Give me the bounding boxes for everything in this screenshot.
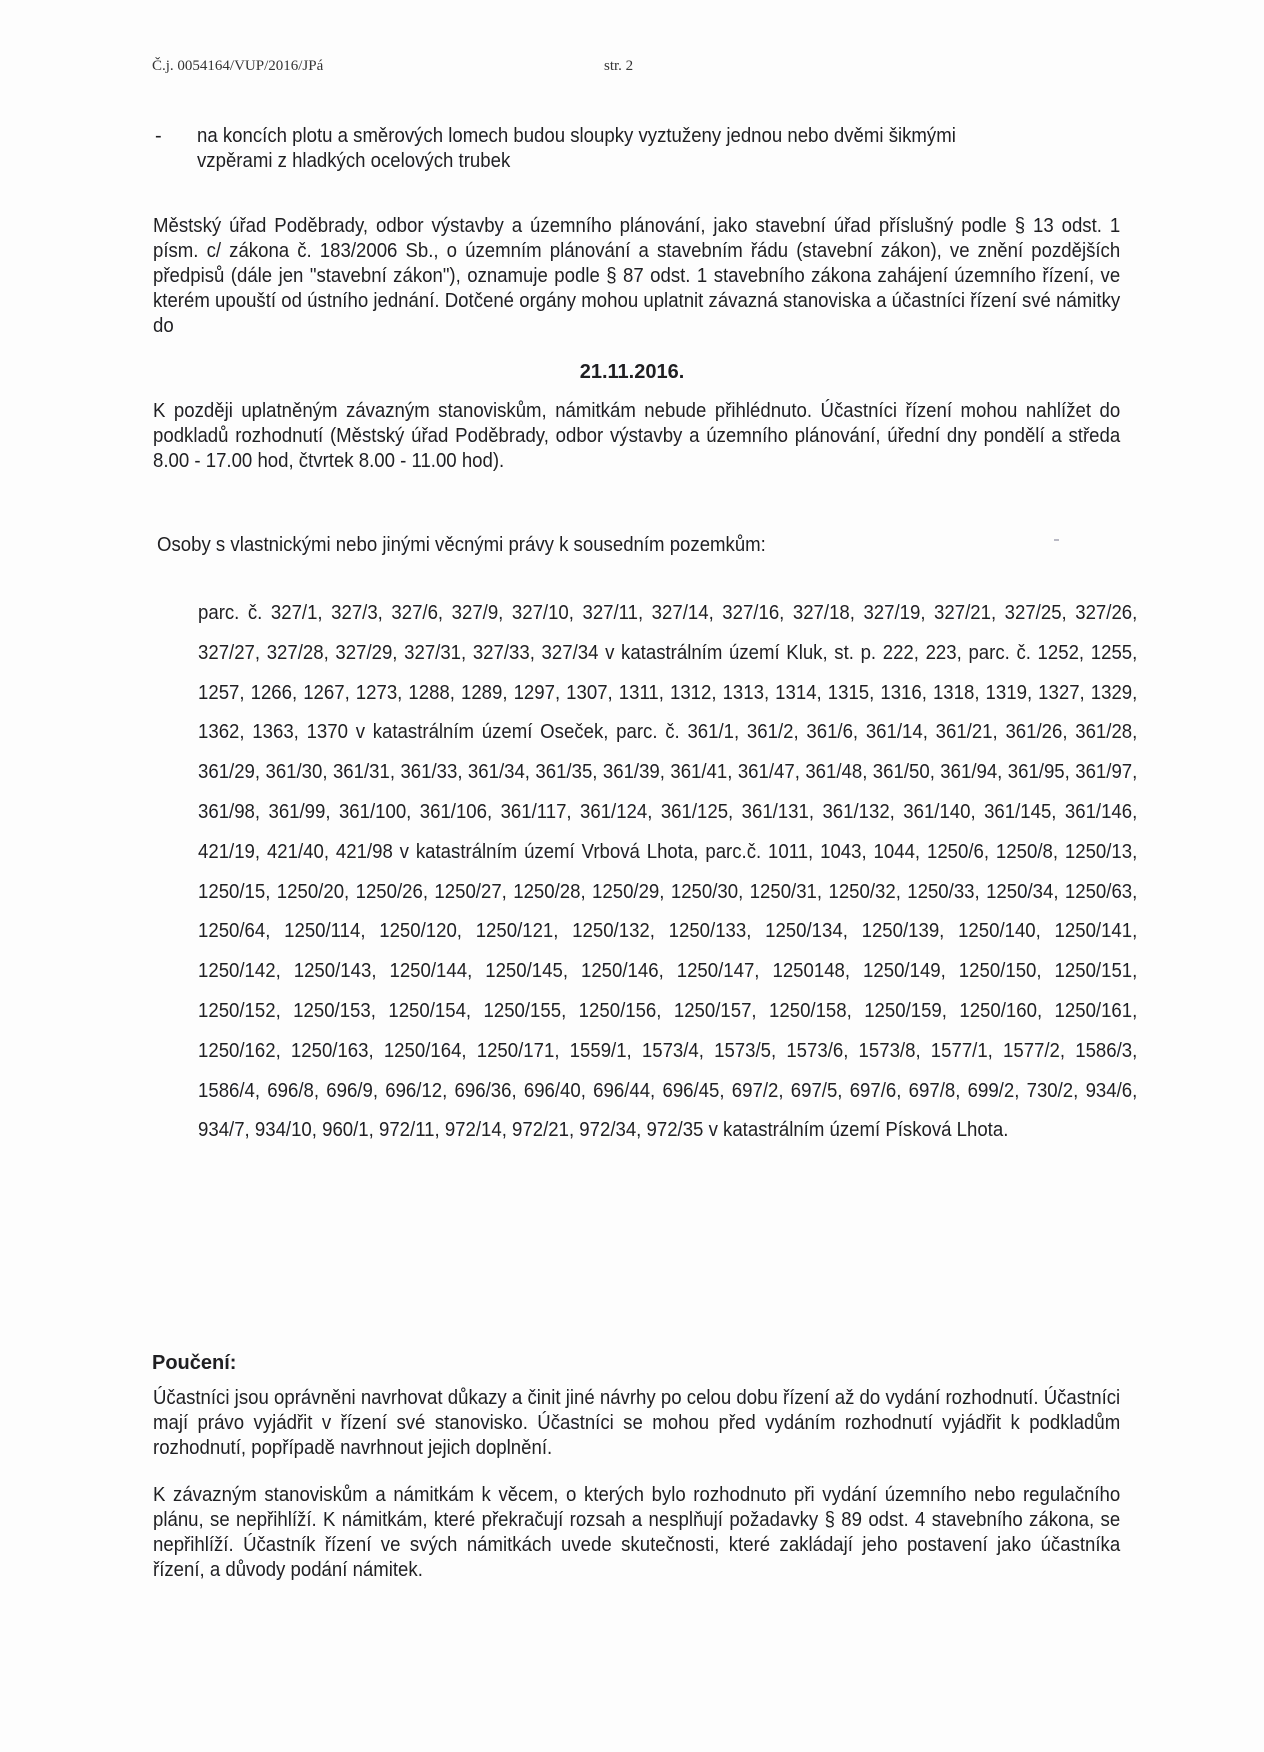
bullet-text: na koncích plotu a směrových lomech budo… <box>197 124 1034 174</box>
bullet-marker: - <box>155 124 162 149</box>
page-number: str. 2 <box>604 58 633 75</box>
scan-speck <box>1054 539 1059 541</box>
rights-paragraph: Účastníci jsou oprávněni navrhovat důkaz… <box>153 1386 1120 1461</box>
reference-number: Č.j. 0054164/VUP/2016/JPá <box>152 58 323 75</box>
deadline-date: 21.11.2016. <box>0 361 1264 384</box>
announcement-paragraph: Městský úřad Poděbrady, odbor výstavby a… <box>153 214 1120 339</box>
late-objections-paragraph: K později uplatněným závazným stanovisků… <box>153 399 1120 474</box>
persons-heading: Osoby s vlastnickými nebo jinými věcnými… <box>157 533 766 558</box>
objections-paragraph: K závazným stanoviskům a námitkám k věce… <box>153 1483 1120 1583</box>
instructions-heading: Poučení: <box>152 1352 236 1375</box>
document-page: Č.j. 0054164/VUP/2016/JPá str. 2 - na ko… <box>0 0 1264 1752</box>
parcel-list: parc. č. 327/1, 327/3, 327/6, 327/9, 327… <box>198 594 1137 1151</box>
